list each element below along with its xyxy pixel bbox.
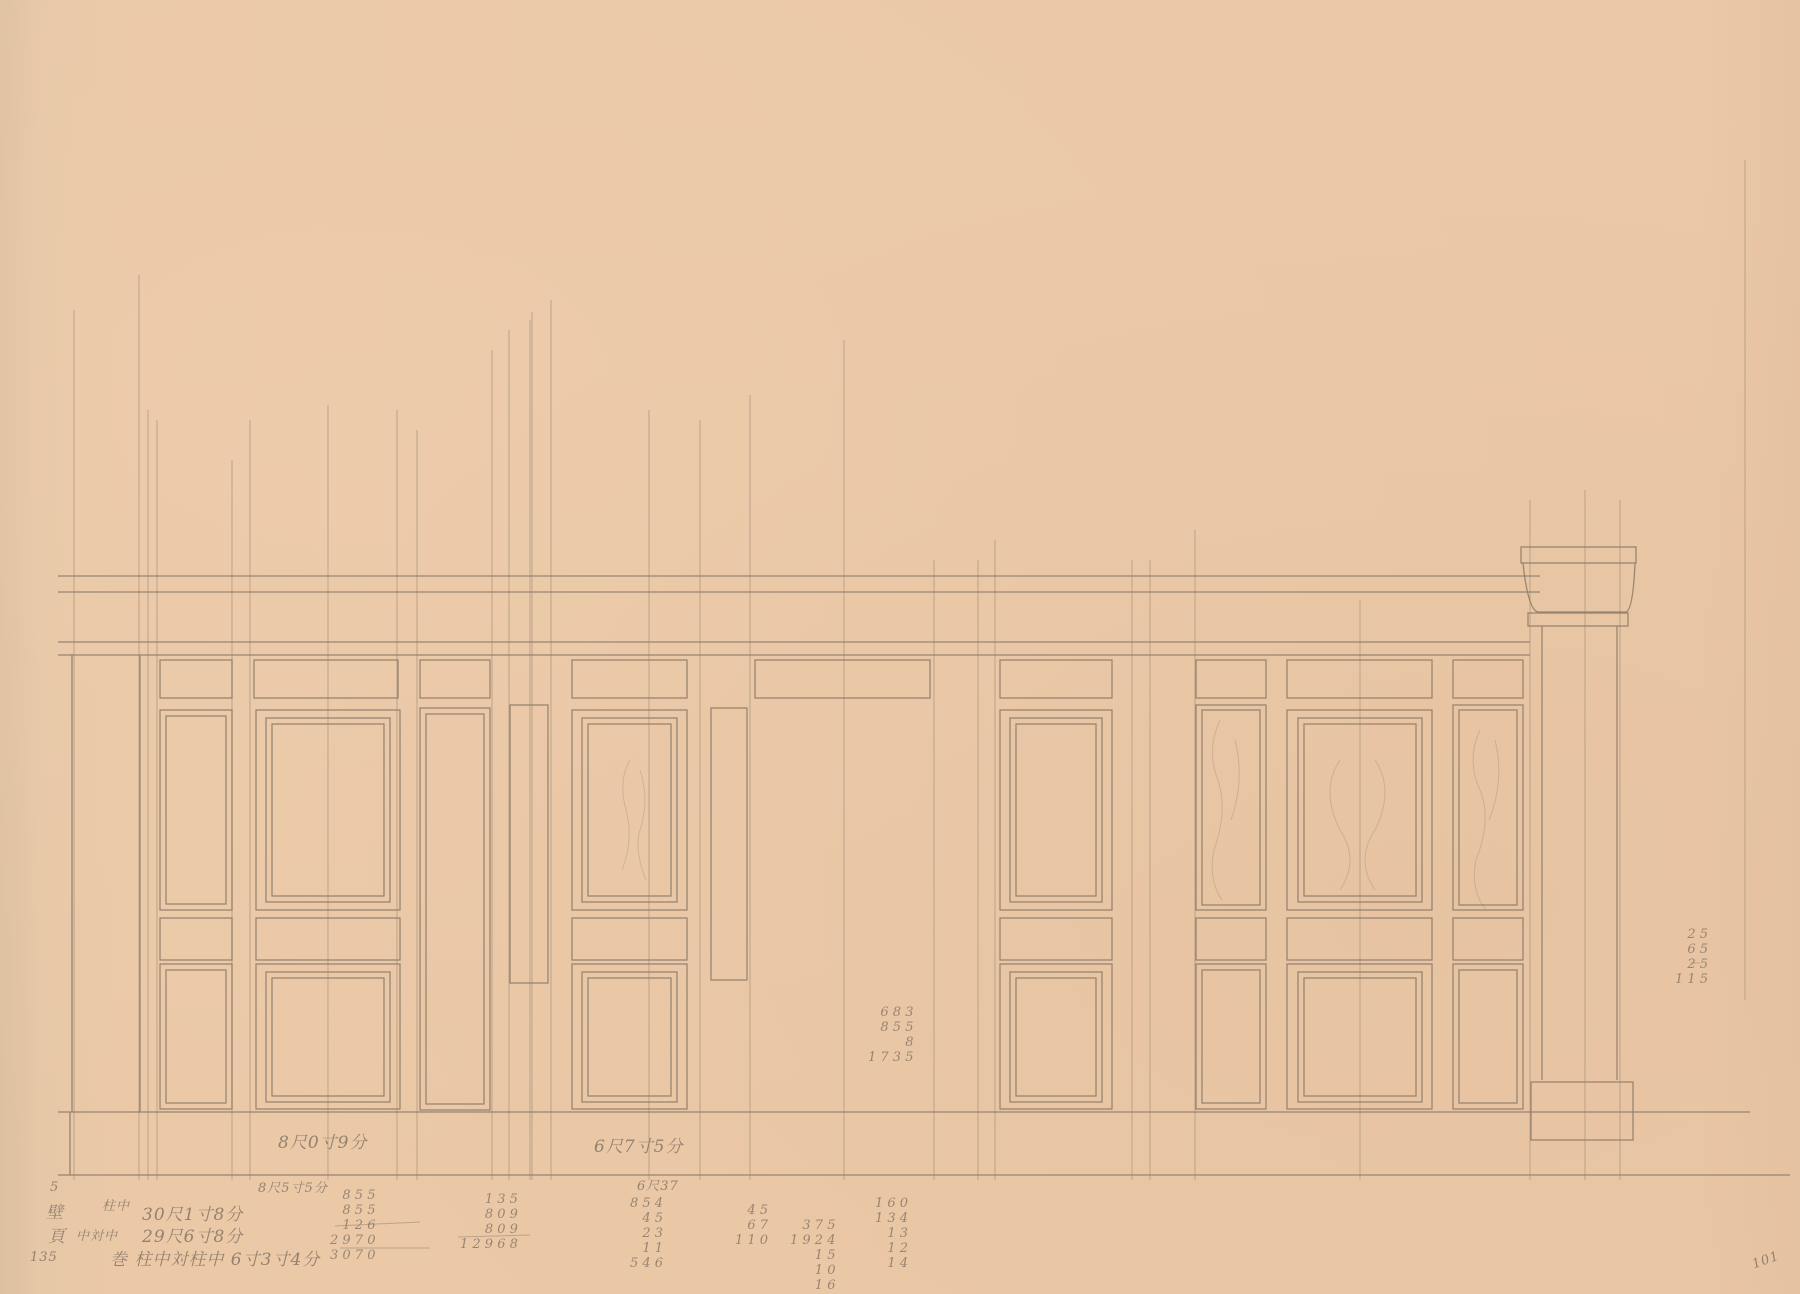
figure-sketches (622, 720, 1499, 910)
dim-bottom-center: 6尺37 (637, 1175, 679, 1194)
note-line1: 5 (50, 1180, 59, 1195)
drawing-sheet: 8尺0寸9分 8尺5寸5分 6尺7寸5分 6尺37 5 壁 柱中 30尺1寸8分… (0, 0, 1800, 1294)
calc-column-2: 1 3 5 8 0 9 8 0 9 1 2 9 6 8 (460, 1192, 518, 1252)
calc-column-1: 8 5 5 8 5 5 1 2 6 2 9 7 0 3 0 7 0 (330, 1188, 375, 1263)
note-wall-char: 壁 (46, 1198, 64, 1223)
dim-top-left: 8尺0寸9分 (278, 1128, 367, 1153)
note-prefix: 135 (30, 1250, 58, 1265)
note-pillar-center: 柱中 (102, 1195, 130, 1214)
calc-rules (335, 963, 1700, 1248)
calc-column-right: 2 5 6 5 2 5 1 1 5 (1675, 927, 1708, 987)
note-page-char: 頁 (48, 1222, 66, 1247)
elevation-drawing (0, 0, 1800, 1294)
dim-bottom-left: 8尺5寸5分 (258, 1177, 328, 1196)
dim-top-center: 6尺7寸5分 (594, 1132, 683, 1157)
panel-bays-left (72, 655, 930, 1112)
calc-column-mid: 6 8 3 8 5 5 8 1 7 3 5 (868, 1005, 913, 1065)
calc-column-5: 3 7 5 1 9 2 4 1 5 1 0 1 6 (790, 1218, 835, 1293)
column (1521, 547, 1636, 1140)
calc-column-4: 4 5 6 7 1 1 0 (735, 1203, 768, 1248)
note-value-2: 29尺6寸8分 (142, 1222, 243, 1247)
calc-column-3: 8 5 4 4 5 2 3 1 1 5 4 6 (630, 1196, 663, 1271)
note-center-to-center: 中対中 (76, 1225, 118, 1244)
calc-column-6: 1 6 0 1 3 4 1 3 1 2 1 4 (875, 1196, 908, 1271)
note-line4: 巻 柱中対柱中 6寸3寸4分 (110, 1245, 320, 1270)
panel-bays-right (1000, 660, 1523, 1109)
